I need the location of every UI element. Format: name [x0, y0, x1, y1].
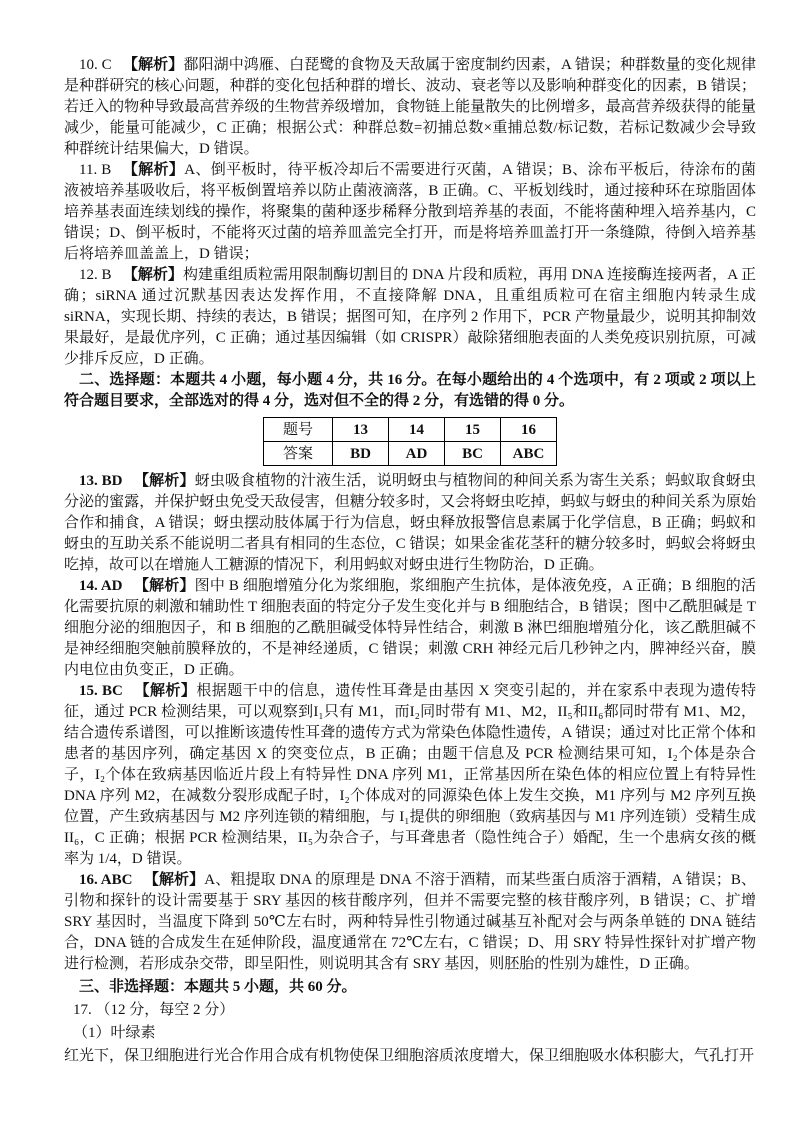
item-16-number-answer: 16. ABC — [79, 872, 132, 888]
item-15-analysis-text: 根据题干中的信息，遗传性耳聋是由基因 X 突变引起的，并在家系中表现为遗传特征，… — [64, 683, 756, 867]
item-13-number-answer: 13. BD — [79, 473, 123, 489]
item-10-analysis-tag: 【解析】 — [123, 57, 184, 73]
table-cell: 答案 — [264, 442, 333, 466]
answer-table: 题号 13 14 15 16 答案 BD AD BC ABC — [263, 417, 557, 466]
table-cell: 16 — [501, 418, 557, 442]
answer-key-page: 10. C【解析】鄱阳湖中鸿雁、白琵鹭的食物及天敌属于密度制约因素，A 错误；种… — [0, 0, 800, 1131]
answer-table-row-numbers: 题号 13 14 15 16 — [264, 418, 557, 442]
section-3-heading: 三、非选择题：本题共 5 小题，共 60 分。 — [64, 977, 756, 998]
explanation-item-14: 14. AD【解析】图中 B 细胞增殖分化为浆细胞，浆细胞产生抗体，是体液免疫，… — [64, 576, 756, 681]
table-cell: 15 — [445, 418, 501, 442]
explanation-item-15: 15. BC【解析】根据题干中的信息，遗传性耳聋是由基因 X 突变引起的，并在家… — [64, 681, 756, 870]
table-cell: 题号 — [264, 418, 333, 442]
item-12-number-answer: 12. B — [79, 267, 112, 283]
item-15-number-answer: 15. BC — [79, 683, 123, 699]
item-10-number-answer: 10. C — [79, 57, 112, 73]
item-15-analysis-tag: 【解析】 — [134, 683, 196, 699]
explanation-item-11: 11. B【解析】A、倒平板时，待平板冷却后不需要进行灭菌，A 错误；B、涂布平… — [64, 160, 756, 265]
table-cell: BD — [333, 442, 389, 466]
table-cell: 13 — [333, 418, 389, 442]
non-choice-section: 三、非选择题：本题共 5 小题，共 60 分。 17. （12 分，每空 2 分… — [64, 977, 756, 1067]
table-cell: BC — [445, 442, 501, 466]
explanation-item-12: 12. B【解析】构建重组质粒需用限制酶切割目的 DNA 片段和质粒，再用 DN… — [64, 265, 756, 370]
section-2-heading: 二、选择题：本题共 4 小题，每小题 4 分，共 16 分。在每小题给出的 4 … — [64, 370, 756, 412]
answer-table-row-answers: 答案 BD AD BC ABC — [264, 442, 557, 466]
item-13-analysis-tag: 【解析】 — [134, 473, 195, 489]
explanation-item-16: 16. ABC【解析】A、粗提取 DNA 的原理是 DNA 不溶于酒精，而某些蛋… — [64, 870, 756, 975]
table-cell: AD — [389, 442, 445, 466]
explanation-item-10: 10. C【解析】鄱阳湖中鸿雁、白琵鹭的食物及天敌属于密度制约因素，A 错误；种… — [64, 55, 756, 160]
question-17-heading: 17. （12 分，每空 2 分） — [64, 1000, 756, 1021]
table-cell: 14 — [389, 418, 445, 442]
question-17-answer-1-label: （1）叶绿素 — [64, 1023, 756, 1044]
table-cell: ABC — [501, 442, 557, 466]
item-12-analysis-tag: 【解析】 — [123, 267, 183, 283]
item-11-number-answer: 11. B — [79, 162, 111, 178]
item-11-analysis-tag: 【解析】 — [123, 162, 185, 178]
item-14-number-answer: 14. AD — [79, 578, 123, 594]
explanation-item-13: 13. BD【解析】蚜虫吸食植物的汁液生活，说明蚜虫与植物间的种间关系为寄生关系… — [64, 471, 756, 576]
question-17-answer-1-text: 红光下，保卫细胞进行光合作用合成有机物使保卫细胞溶质浓度增大，保卫细胞吸水体积膨… — [64, 1046, 756, 1067]
item-14-analysis-tag: 【解析】 — [134, 578, 195, 594]
item-16-analysis-tag: 【解析】 — [144, 872, 205, 888]
